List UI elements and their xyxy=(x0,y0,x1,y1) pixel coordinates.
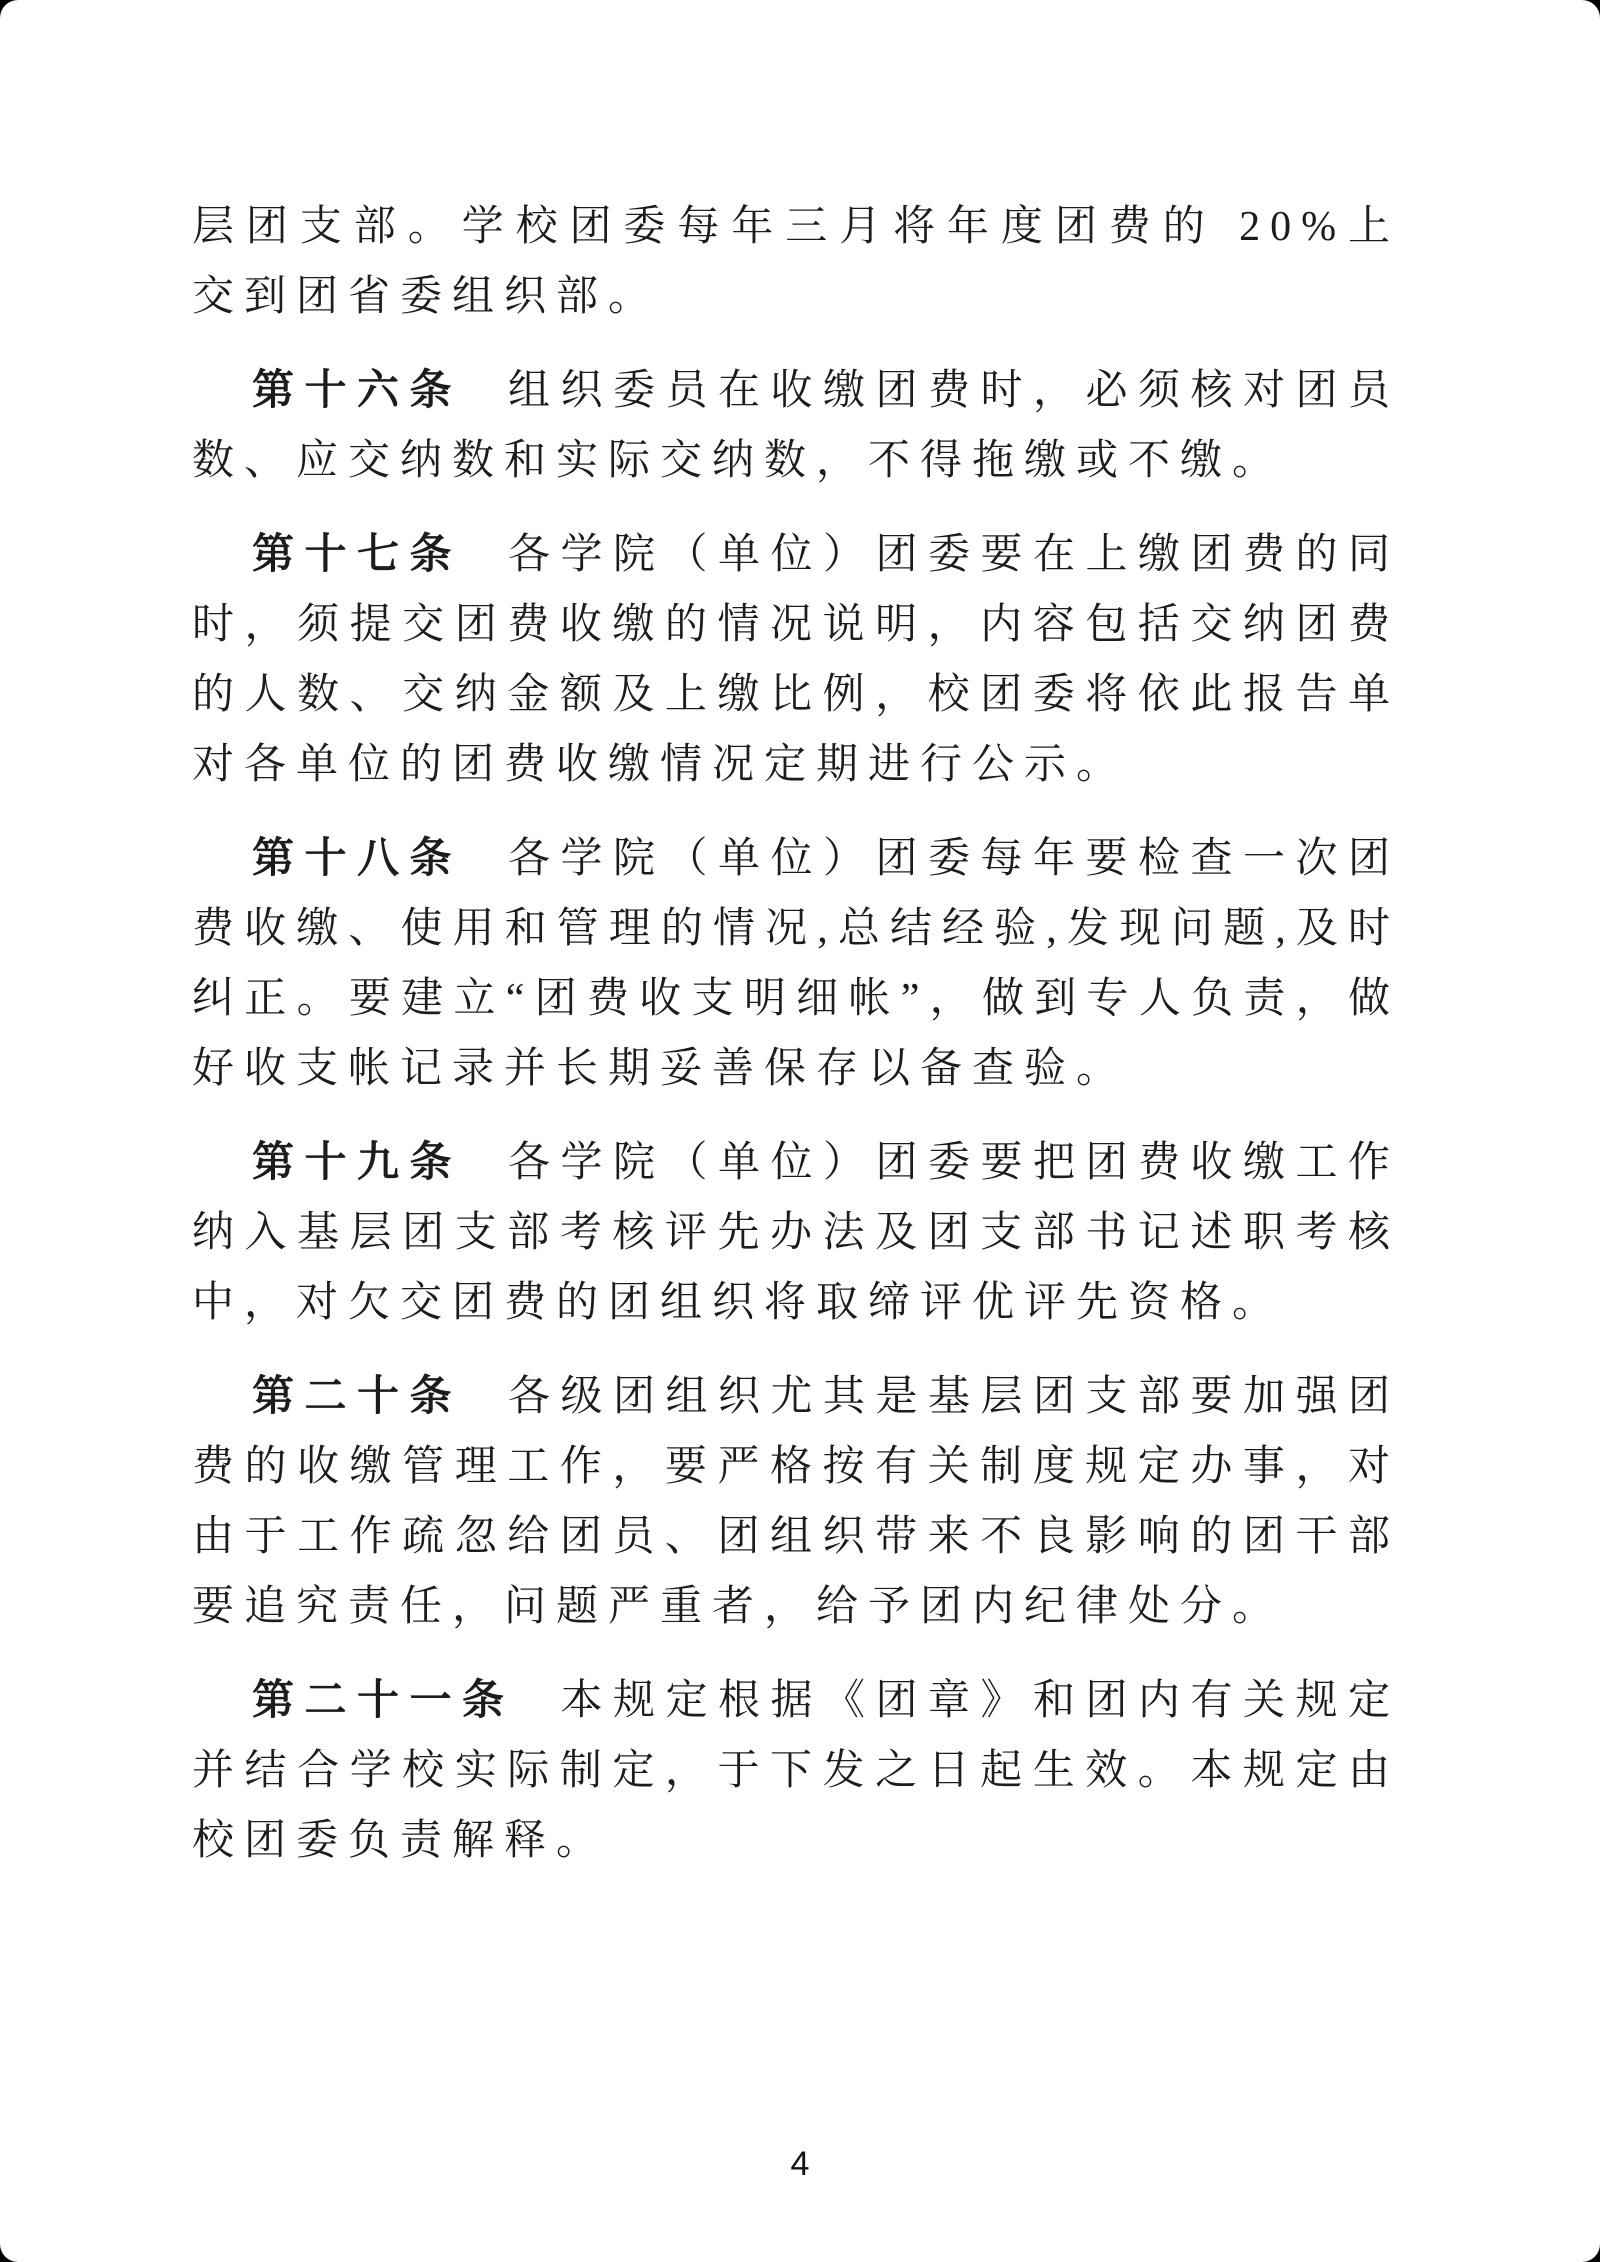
paragraph-article-19: 第十九条各学院（单位）团委要把团费收缴工作纳入基层团支部考核评先办法及团支部书记… xyxy=(192,1128,1400,1338)
document-body: 层团支部。学校团委每年三月将年度团费的 20%上交到团省委组织部。 第十六条组织… xyxy=(0,0,1600,1876)
paragraph-continuation: 层团支部。学校团委每年三月将年度团费的 20%上交到团省委组织部。 xyxy=(192,192,1400,332)
paragraph-text: 层团支部。学校团委每年三月将年度团费的 20%上交到团省委组织部。 xyxy=(192,204,1400,320)
paragraph-article-16: 第十六条组织委员在收缴团费时，必须核对团员数、应交纳数和实际交纳数，不得拖缴或不… xyxy=(192,356,1400,496)
article-heading: 第十七条 xyxy=(252,532,462,578)
paragraph-article-20: 第二十条各级团组织尤其是基层团支部要加强团费的收缴管理工作，要严格按有关制度规定… xyxy=(192,1362,1400,1642)
article-heading: 第十九条 xyxy=(252,1140,462,1186)
article-heading: 第十八条 xyxy=(252,836,462,882)
page-footer: 4 xyxy=(0,2145,1600,2184)
article-heading: 第十六条 xyxy=(252,368,462,414)
article-heading: 第二十条 xyxy=(252,1374,462,1420)
paragraph-article-21: 第二十一条本规定根据《团章》和团内有关规定并结合学校实际制定，于下发之日起生效。… xyxy=(192,1666,1400,1876)
paragraph-article-17: 第十七条各学院（单位）团委要在上缴团费的同时，须提交团费收缴的情况说明，内容包括… xyxy=(192,520,1400,800)
document-page: 层团支部。学校团委每年三月将年度团费的 20%上交到团省委组织部。 第十六条组织… xyxy=(0,0,1600,2262)
page-number: 4 xyxy=(791,2145,810,2183)
paragraph-article-18: 第十八条各学院（单位）团委每年要检查一次团费收缴、使用和管理的情况,总结经验,发… xyxy=(192,824,1400,1104)
article-heading: 第二十一条 xyxy=(252,1678,515,1724)
